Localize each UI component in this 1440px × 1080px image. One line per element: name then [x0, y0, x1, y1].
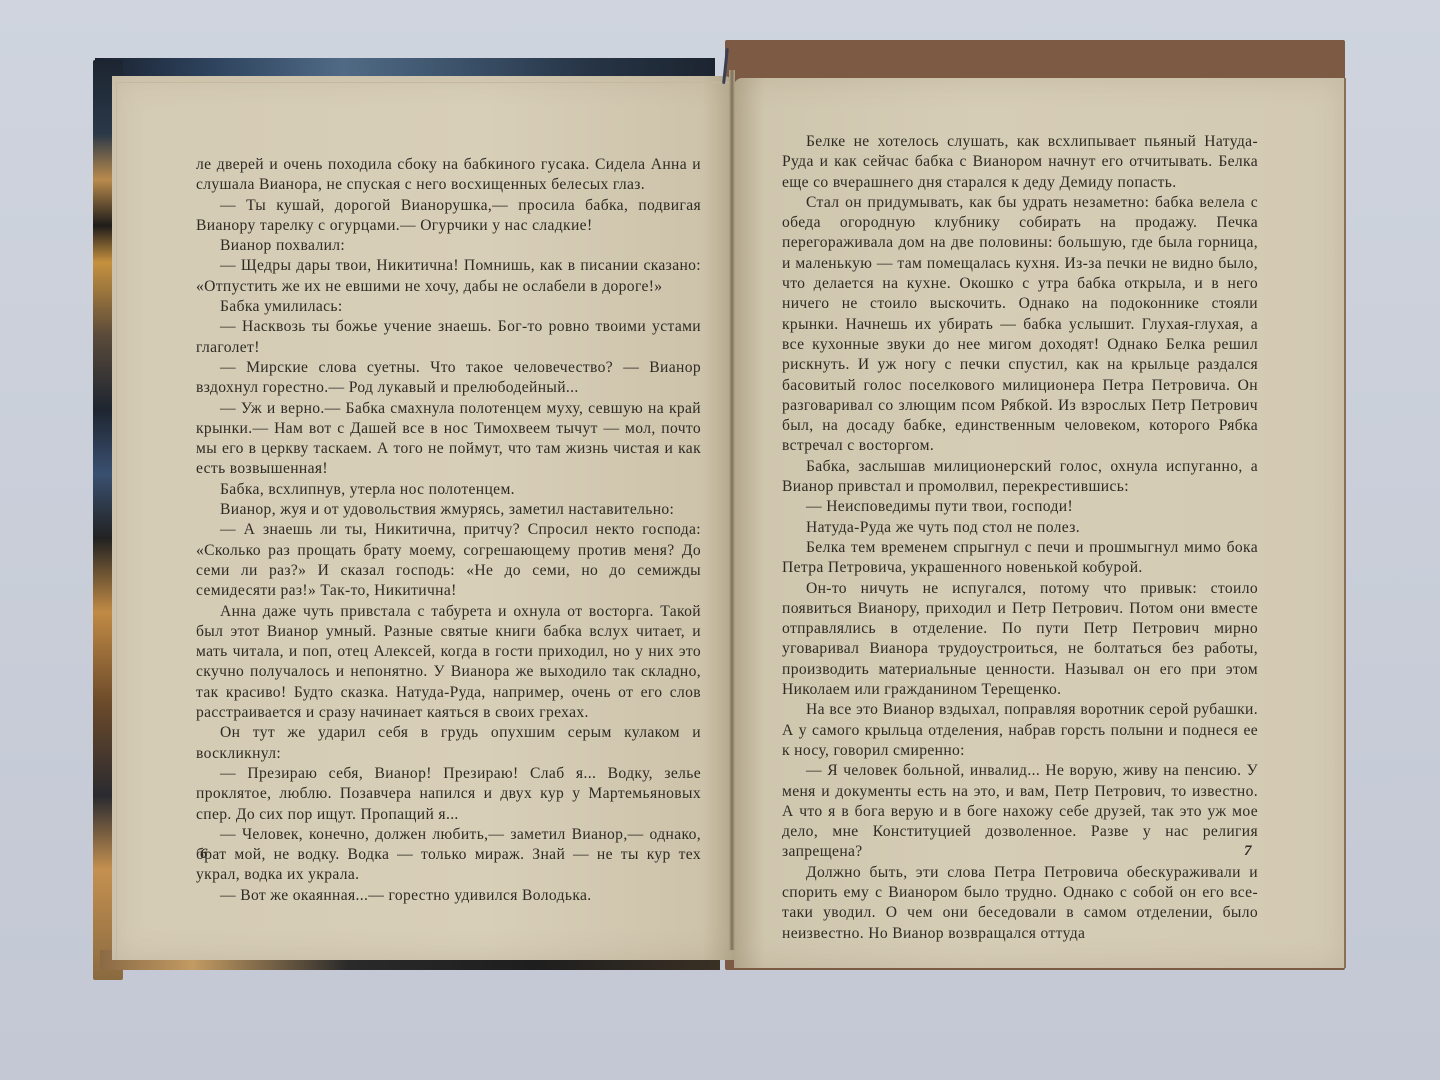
paragraph: Натуда-Руда же чуть под стол не полез. — [782, 518, 1258, 538]
paragraph: Белке не хотелось слушать, как всхлипыва… — [782, 132, 1258, 193]
paragraph: — Мирские слова суетны. Что такое челове… — [196, 358, 701, 399]
paragraph: — Неисповедимы пути твои, господи! — [782, 497, 1258, 517]
paragraph: Стал он придумывать, как бы удрать незам… — [782, 193, 1258, 457]
paragraph: ле дверей и очень походила сбоку на бабк… — [196, 155, 701, 196]
page-number-right: 7 — [1244, 843, 1252, 860]
paragraph: Бабка, заслышав милиционерский голос, ох… — [782, 457, 1258, 498]
left-page-text: ле дверей и очень походила сбоку на бабк… — [196, 155, 701, 906]
paragraph: — Презираю себя, Вианор! Презираю! Слаб … — [196, 764, 701, 825]
paragraph: На все это Вианор вздыхал, поправляя вор… — [782, 700, 1258, 761]
paragraph: Должно быть, эти слова Петра Петровича о… — [782, 863, 1258, 944]
paragraph: Бабка умилилась: — [196, 297, 701, 317]
paragraph: Вианор похвалил: — [196, 236, 701, 256]
paragraph: — Человек, конечно, должен любить,— заме… — [196, 825, 701, 886]
paragraph: — Насквозь ты божье учение знаешь. Бог-т… — [196, 317, 701, 358]
paragraph: — А знаешь ли ты, Никитична, притчу? Спр… — [196, 520, 701, 601]
paragraph: Вианор, жуя и от удовольствия жмурясь, з… — [196, 500, 701, 520]
paragraph: Он тут же ударил себя в грудь опухшим се… — [196, 723, 701, 764]
paragraph: Белка тем временем спрыгнул с печи и про… — [782, 538, 1258, 579]
paragraph: — Я человек больной, инвалид... Не ворую… — [782, 761, 1258, 862]
paragraph: — Вот же окаянная...— горестно удивился … — [196, 886, 701, 906]
paragraph: — Щедры дары твои, Никитична! Помнишь, к… — [196, 256, 701, 297]
page-number-left: 6 — [200, 846, 208, 863]
paragraph: Бабка, всхлипнув, утерла нос полотенцем. — [196, 480, 701, 500]
book-gutter — [729, 70, 735, 950]
paragraph: Он-то ничуть не испугался, потому что пр… — [782, 579, 1258, 701]
right-page-text: Белке не хотелось слушать, как всхлипыва… — [782, 132, 1258, 944]
paragraph: — Ты кушай, дорогой Вианорушка,— просила… — [196, 196, 701, 237]
paragraph: Анна даже чуть привстала с табурета и ох… — [196, 602, 701, 724]
paragraph: — Уж и верно.— Бабка смахнула полотенцем… — [196, 399, 701, 480]
